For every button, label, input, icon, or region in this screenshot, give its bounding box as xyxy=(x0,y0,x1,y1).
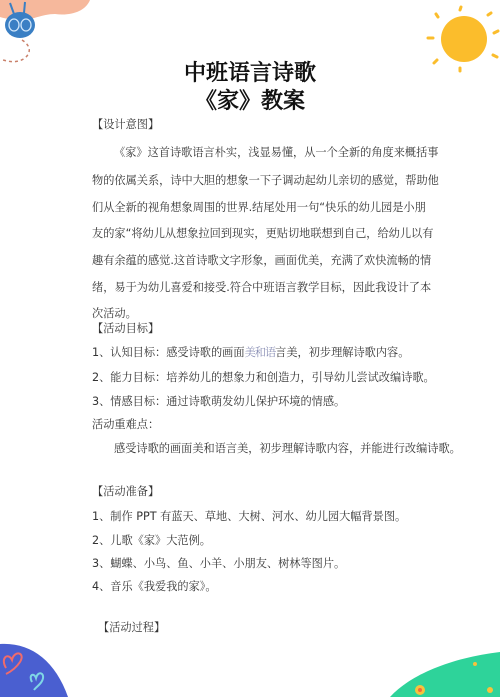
preparation-item: 3、蝴蝶、小鸟、鱼、小羊、小朋友、树林等图片。 xyxy=(92,557,345,571)
preparation-item: 1、制作 PPT 有蓝天、草地、大树、河水、幼儿园大幅背景图。 xyxy=(92,510,406,524)
key-points-label: 活动重难点： xyxy=(92,418,159,432)
paragraph-line: 们从全新的视角想象周围的世界.结尾处用一句“快乐的幼儿园是小朋 xyxy=(92,201,426,215)
preparation-item: 4、音乐《我爱我的家》。 xyxy=(92,580,217,594)
goal-item: 2、能力目标：培养幼儿的想象力和创造力，引导幼儿尝试改编诗歌。 xyxy=(92,371,435,385)
paragraph-line: 绪，易于为幼儿喜爱和接受.符合中班语言教学目标，因此我设计了本 xyxy=(92,281,431,295)
paragraph-line: 物的依属关系，诗中大胆的想象一下子调动起幼儿亲切的感觉，帮助他 xyxy=(92,174,439,188)
section-heading-process: 【活动过程】 xyxy=(98,621,165,635)
preparation-item: 2、儿歌《家》大范例。 xyxy=(92,534,211,548)
document-title-line1: 中班语言诗歌 xyxy=(0,60,500,88)
grass-hill-with-flowers xyxy=(380,650,500,697)
goal-item: 1、认知目标：感受诗歌的画面美和语言美，初步理解诗歌内容。 xyxy=(92,346,409,360)
section-heading-goals: 【活动目标】 xyxy=(92,322,159,336)
goal-item-text: 1、认知目标：感受诗歌的画面 xyxy=(92,346,245,359)
paragraph-line: 趣有余蕴的感觉.这首诗歌文字形象，画面优美，充满了欢快流畅的情 xyxy=(92,254,431,268)
goal-item: 3、情感目标：通过诗歌萌发幼儿保护环境的情感。 xyxy=(92,395,345,409)
paragraph-line: 《家》这首诗歌语言朴实，浅显易懂，从一个全新的角度来概括事 xyxy=(114,146,438,160)
hearts-blob xyxy=(0,640,80,697)
key-points-text: 感受诗歌的画面美和语言美，初步理解诗歌内容，并能进行改编诗歌。 xyxy=(114,442,461,456)
goal-item-text: 言美，初步理解诗歌内容。 xyxy=(275,346,409,359)
section-heading-design-intent: 【设计意图】 xyxy=(92,118,159,132)
paragraph-line: 次活动。 xyxy=(92,307,137,321)
paragraph-line: 友的家“将幼儿从想象拉回到现实，更贴切地联想到自己，给幼儿以有 xyxy=(92,227,433,241)
watermark-text: 美和语 xyxy=(245,346,276,359)
section-heading-preparation: 【活动准备】 xyxy=(92,485,159,499)
document-title-line2: 《家》教案 xyxy=(0,88,500,116)
